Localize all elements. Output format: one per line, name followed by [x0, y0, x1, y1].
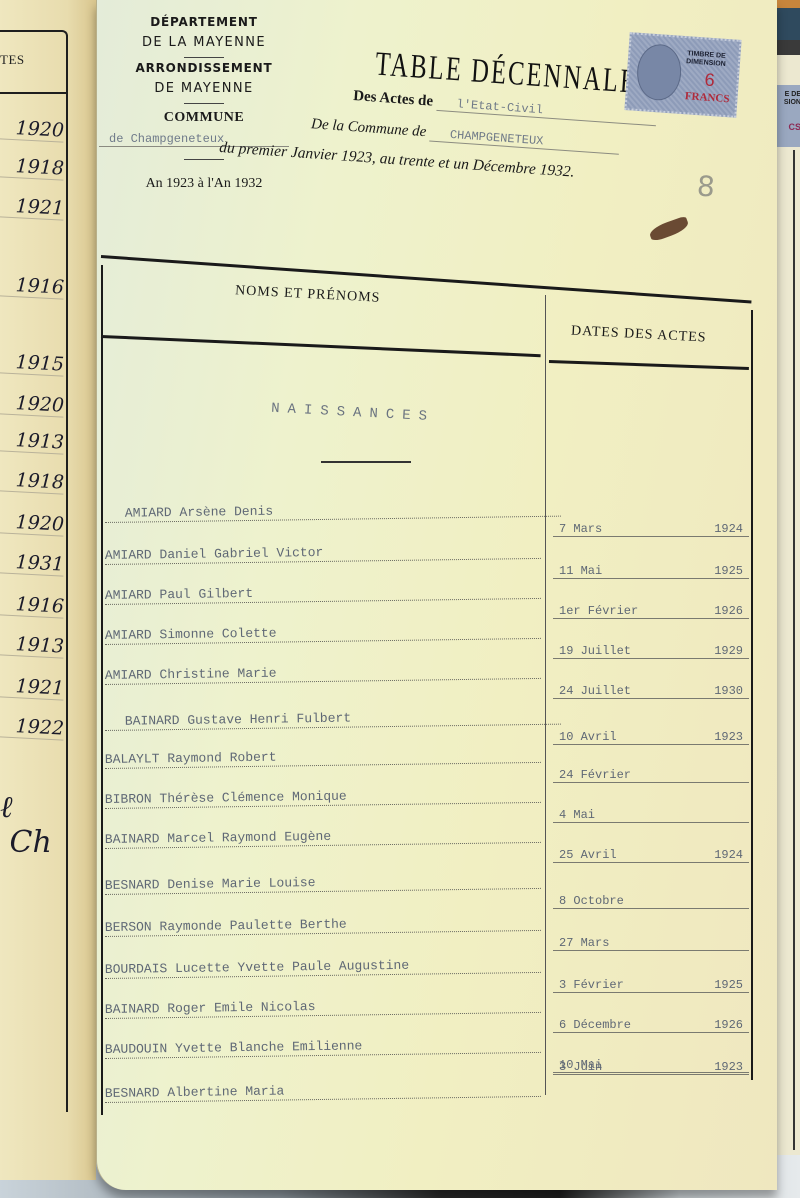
left-page: TES 1920 1918 1921 1916 1915 1920 1913 1…	[0, 0, 96, 1180]
person-name: BESNARD Albertine Maria	[105, 1080, 541, 1103]
person-name: BALAYLT Raymond Robert	[105, 746, 541, 769]
stamp-unit: FRANCS	[684, 90, 729, 105]
marianne-portrait-icon	[635, 43, 683, 102]
person-name: BIBRON Thérèse Clémence Monique	[105, 786, 541, 809]
table-row: AMIARD Paul Gilbert 1er Février1926	[101, 565, 757, 605]
section-rule	[321, 461, 411, 463]
table-row: BALAYLT Raymond Robert 24 Février	[101, 729, 757, 769]
left-year: 1922	[0, 714, 65, 740]
table-row: AMIARD Simonne Colette 19 Juillet1929	[101, 605, 757, 645]
left-year: 1918	[0, 154, 65, 180]
table-row: BIBRON Thérèse Clémence Monique 4 Mai	[101, 769, 757, 809]
person-name: BAINARD Marcel Raymond Eugène	[105, 826, 541, 849]
person-name: AMIARD Daniel Gabriel Victor	[105, 542, 541, 565]
section-title: NAISSANCES	[271, 401, 436, 426]
left-year: 1921	[0, 194, 65, 220]
handwritten-signature: ℓ Ch	[0, 790, 52, 860]
acts-label: Des Actes de	[353, 88, 434, 110]
left-header-rule	[0, 92, 66, 94]
person-name: AMIARD Paul Gilbert	[105, 582, 541, 605]
next-page-rule	[793, 150, 795, 1150]
stamp-text: TIMBRE DE DIMENSION	[680, 50, 733, 70]
column-header-names: NOMS ET PRÉNOMS	[235, 283, 381, 307]
person-name: BESNARD Denise Marie Louise	[105, 872, 541, 895]
table-row: AMIARD Christine Marie 24 Juillet1930	[101, 645, 757, 685]
table-row: BESNARD Albertine Maria 3 Juin1923	[101, 1063, 757, 1103]
table-row: BAINARD Marcel Raymond Eugène 25 Avril19…	[101, 809, 757, 849]
left-year: 1920	[0, 510, 65, 536]
left-year: 1916	[0, 592, 65, 618]
left-year: 1913	[0, 632, 65, 658]
table-top-rule	[101, 255, 752, 303]
left-column-header: TES	[0, 52, 25, 68]
department-label: DÉPARTEMENT	[109, 14, 299, 31]
act-day-month: 3 Juin	[559, 1060, 602, 1074]
left-year: 1920	[0, 391, 65, 417]
divider	[184, 57, 224, 58]
person-name: AMIARD Arsène Denis	[105, 500, 561, 523]
commune-line-value: CHAMPGENETEUX	[429, 127, 620, 155]
commune-label: COMMUNE	[109, 110, 299, 126]
person-name: AMIARD Christine Marie	[105, 662, 541, 685]
act-date: 3 Juin1923	[553, 1060, 749, 1075]
table-row: AMIARD Arsène Denis 7 Mars1924	[101, 483, 757, 523]
arrondissement-name: DE MAYENNE	[109, 77, 299, 101]
column-header-dates: DATES DES ACTES	[571, 323, 707, 346]
left-year: 1921	[0, 674, 65, 700]
left-year: 1916	[0, 273, 65, 299]
next-stamp-text: E DE SION	[784, 91, 800, 106]
header-rule	[549, 360, 749, 370]
table-row: BAUDOUIN Yvette Blanche Emilienne 10 Mai	[101, 1019, 757, 1059]
next-page-stamp: E DE SION CS	[777, 85, 800, 147]
table-row: BESNARD Denise Marie Louise 8 Octobre	[101, 855, 757, 895]
person-name: BAUDOUIN Yvette Blanche Emilienne	[105, 1036, 541, 1059]
left-year: 1915	[0, 350, 65, 376]
left-year: 1931	[0, 550, 65, 576]
divider	[184, 103, 224, 104]
left-year: 1920	[0, 116, 65, 142]
register-page: DÉPARTEMENT DE LA MAYENNE ARRONDISSEMENT…	[96, 0, 777, 1190]
table-row: BERSON Raymonde Paulette Berthe 27 Mars	[101, 897, 757, 937]
stamp-value: 6	[704, 70, 715, 92]
header-rule	[101, 335, 541, 357]
person-name: BOURDAIS Lucette Yvette Paule Augustine	[105, 956, 541, 979]
department-name: DE LA MAYENNE	[109, 31, 299, 55]
pencil-mark: 8	[696, 169, 716, 203]
act-year: 1923	[714, 1060, 743, 1074]
table-row: BAINARD Gustave Henri Fulbert 10 Avril19…	[101, 691, 757, 731]
arrondissement-label: ARRONDISSEMENT	[109, 60, 299, 77]
person-name: BAINARD Roger Emile Nicolas	[105, 996, 541, 1019]
births-table: NOMS ET PRÉNOMS DATES DES ACTES NAISSANC…	[101, 255, 757, 1115]
left-year: 1918	[0, 468, 65, 494]
years-range: An 1923 à l'An 1932	[109, 176, 299, 192]
administrative-header: DÉPARTEMENT DE LA MAYENNE ARRONDISSEMENT…	[109, 14, 299, 192]
next-stamp-unit: CS	[777, 123, 800, 131]
person-name: BERSON Raymonde Paulette Berthe	[105, 914, 541, 937]
commune-line-label: De la Commune de	[311, 116, 427, 140]
table-row: BAINARD Roger Emile Nicolas 6 Décembre19…	[101, 979, 757, 1019]
ink-stain	[648, 216, 690, 243]
tax-stamp: TIMBRE DE DIMENSION 6 FRANCS	[624, 32, 741, 118]
person-name: BAINARD Gustave Henri Fulbert	[105, 708, 561, 731]
table-row: AMIARD Daniel Gabriel Victor 11 Mai1925	[101, 525, 757, 565]
table-row: BOURDAIS Lucette Yvette Paule Augustine …	[101, 939, 757, 979]
person-name: AMIARD Simonne Colette	[105, 622, 541, 645]
left-year: 1913	[0, 428, 65, 454]
divider	[184, 159, 224, 160]
